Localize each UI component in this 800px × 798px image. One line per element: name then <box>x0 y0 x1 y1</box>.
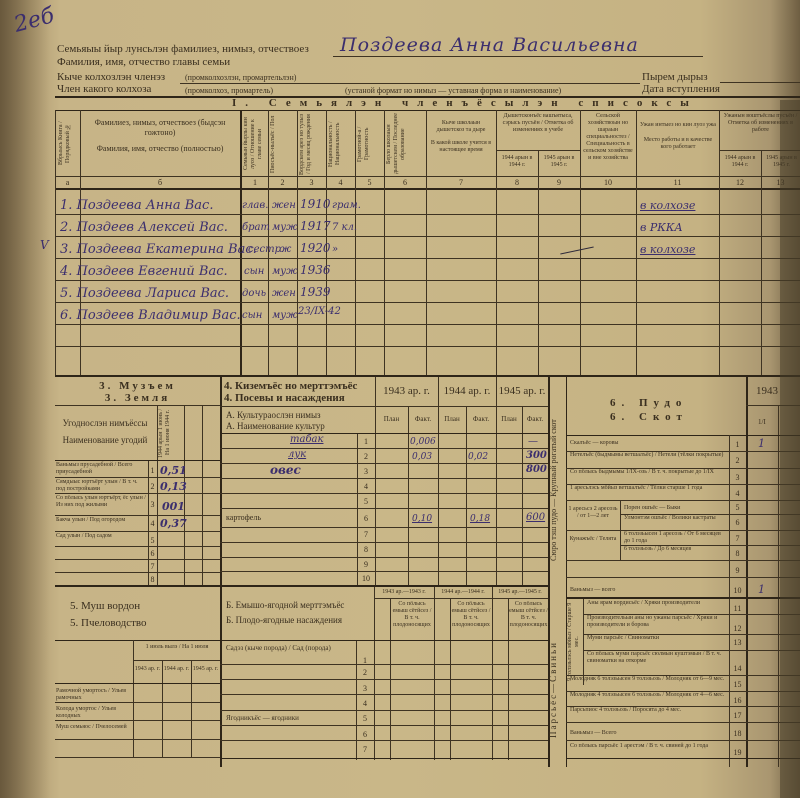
member-relation: брат <box>242 222 270 233</box>
row-index: 5. <box>60 286 72 301</box>
col-num: 11 <box>636 178 719 187</box>
orchard-row-label: Ягодникъёс — ягодники <box>226 714 356 722</box>
grid-h <box>220 557 548 558</box>
grid-h <box>220 406 548 407</box>
livestock-row-label: Скалъёс — коровы <box>570 440 728 447</box>
col-num: 10 <box>580 178 636 187</box>
grid-h <box>55 640 220 641</box>
col-num: 6 <box>384 178 426 187</box>
orchard-year-1943: 1943 ар.—1943 г. <box>374 589 434 596</box>
member-name: Поздеев Алексей Вас. <box>77 220 228 235</box>
livestock-row-label: Ваньмыз — Всего <box>570 730 728 737</box>
grid-h <box>55 460 220 461</box>
grid-h <box>220 508 548 509</box>
grid-v <box>162 660 163 758</box>
row-index: 3. <box>60 242 72 257</box>
grid-h <box>220 433 548 434</box>
member-relation: сын <box>242 310 262 321</box>
land-row-num: 8 <box>148 575 157 584</box>
grid-h <box>55 515 220 516</box>
col-num: 5 <box>355 178 384 187</box>
section5-title-ru: 5. Пчеловодство <box>70 615 147 632</box>
bees-col-header: 1 июль вылэ / На 1 июля <box>134 644 220 651</box>
section3-col-ru: Наименование угодий <box>55 435 155 446</box>
livestock-row-label: Молодняк 4 толэзьысен 6 толэзьозь / Моло… <box>570 692 728 699</box>
grid-h <box>220 478 548 479</box>
member-relation: глав. <box>242 200 268 211</box>
member-birth-year: 1920 <box>300 241 331 255</box>
bees-year-1945: 1945 ар. г. <box>191 666 220 673</box>
grid-v <box>55 110 56 375</box>
section6-title-ru: 6. Скот <box>610 410 688 424</box>
grid-h <box>220 542 548 543</box>
crop-row-num: 9 <box>357 560 375 569</box>
grid-h <box>220 758 548 759</box>
member-name: Поздеев Евгений Вас. <box>77 264 228 279</box>
member-relation: дочь <box>242 288 266 299</box>
col-12-header: 1944 арын в 1944 г. <box>721 155 759 169</box>
grid-h <box>220 585 548 587</box>
crop-fact-1945: 300 <box>526 450 547 461</box>
year-1945: 1945 ар. г. <box>496 385 548 397</box>
head-label-ru: Фамилия, имя, отчество главы семьи <box>57 57 230 68</box>
grid-h <box>566 597 800 599</box>
col-num: 3 <box>297 178 326 187</box>
form-note: (устаной формат но нимыз — уставная форм… <box>345 87 561 95</box>
grid-h <box>55 683 220 684</box>
page-shadow <box>0 0 50 798</box>
fact-header: Факт. <box>522 415 548 423</box>
member-name: Поздеева Лариса Вас. <box>77 286 230 301</box>
grid-h <box>55 531 220 532</box>
member-literacy: грам. <box>332 200 361 211</box>
col-10-header: Сельской хозяйствоын но шараын специальн… <box>582 113 634 162</box>
livestock-row-num: 10 <box>729 586 746 595</box>
grid-h <box>220 694 548 695</box>
grid-v <box>426 110 427 375</box>
grid-h <box>55 214 800 215</box>
bees-row-label: Рамочной умортосъ / Ульев рамочных <box>56 688 132 702</box>
livestock-row-num: 12 <box>729 624 746 633</box>
head-label-komi: Семьяыы йыр лунсьлэн фамилиез, нимыз, от… <box>57 44 309 55</box>
section3-title-ru: 3. Земля <box>55 392 220 404</box>
col-3-header: Вордскем арез но тулыз / Год и месяц рож… <box>299 113 325 175</box>
grid-v <box>636 110 637 375</box>
livestock-row-label: Со пӧлысь парсьёс 1 арестэм / В т. ч. св… <box>570 743 728 750</box>
crop-fact-1945: 800 <box>526 464 547 475</box>
livestock-row-label: Порен ошъёс — Быки <box>624 505 728 512</box>
livestock-row-label: Аны ярам вордисьёс / Хряки производители <box>587 600 727 607</box>
crop-fact-1944: 0,18 <box>470 514 490 524</box>
col-4-header: Национальность / Национальность <box>328 113 354 175</box>
section6-title-komi: 6. Пудо <box>610 396 688 410</box>
fact-header: Факт. <box>408 415 438 423</box>
livestock-value: 1 <box>758 583 765 596</box>
livestock-group-label: 1 аресьсэ 2 аресозь / от 1—2 лет <box>567 506 619 520</box>
livestock-row-num: 9 <box>729 566 746 575</box>
member-sex: муж <box>272 266 297 277</box>
grid-h <box>220 448 548 449</box>
member-literacy: 7 кл. <box>332 222 357 233</box>
grid-h <box>566 500 800 501</box>
crop-row-num: 5 <box>357 497 375 506</box>
land-row-num: 6 <box>148 549 157 558</box>
grid-h <box>55 258 800 259</box>
grid-h <box>220 740 548 741</box>
livestock-year-1943: 1943 <box>756 385 778 397</box>
bees-year-1944: 1944 ар. г. <box>162 666 191 673</box>
crop-row-num: 2 <box>357 452 375 461</box>
livestock-row-num: 11 <box>729 604 746 613</box>
member-workplace: в колхозе <box>640 243 695 256</box>
grid-h <box>496 150 580 151</box>
col-num: 8 <box>496 178 538 187</box>
orchard-subcol: Со пӧлысь емыш сётйсез / В т. ч. плодоно… <box>451 601 491 629</box>
livestock-row-num: 7 <box>729 534 746 543</box>
livestock-row-num: 1 <box>729 440 746 449</box>
grid-v <box>492 587 493 760</box>
grid-v <box>583 599 584 685</box>
kolkhoz-note-ru: (промколхоз, промартель) <box>185 87 273 95</box>
crop-row-num: 1 <box>357 437 375 446</box>
member-workplace: в колхозе <box>640 199 695 212</box>
orchard-subcol: Со пӧлысь емыш сётйсез / В т. ч. плодоно… <box>391 601 433 629</box>
col-b-header-komi: Фамилиез, нимыз, отчествоез (быдсэн гожт… <box>82 118 238 138</box>
livestock-date-col: 1/I <box>758 418 766 426</box>
grid-h <box>55 324 800 325</box>
grid-h <box>55 559 220 560</box>
crop-fact-1945: 600 <box>526 512 545 523</box>
col-1-header: Семьяын йырлы кин луоз / Отношение к гла… <box>243 113 267 175</box>
grid-v <box>191 660 192 758</box>
grid-v <box>778 405 779 767</box>
crop-name: овес <box>270 463 301 477</box>
pigs-side-label: Парсьёс—Свиньи <box>550 620 566 760</box>
land-row-num: 5 <box>148 536 157 545</box>
grid-h <box>566 577 800 578</box>
grid-v <box>438 377 439 587</box>
crop-row-num: 3 <box>357 467 375 476</box>
livestock-value: 1 <box>758 437 765 450</box>
col-5-header: Грамотной-а / Грамотность <box>357 113 383 175</box>
land-row-num: 7 <box>148 562 157 571</box>
livestock-row-num: 4 <box>729 489 746 498</box>
member-sex: жен <box>272 288 296 299</box>
land-row-value: 0,13 <box>160 480 187 493</box>
fact-header: Факт. <box>466 415 496 423</box>
crop-row-num: 4 <box>357 482 375 491</box>
grid-v <box>374 587 375 760</box>
col-2-header: Пиосъёс-нылъёс / Пол <box>270 113 296 175</box>
row-index: 4. <box>60 264 72 279</box>
grid-v <box>202 405 203 585</box>
member-birth-year: 23/IX-42 <box>298 306 341 317</box>
grid-v <box>355 110 356 375</box>
crop-name: картофель <box>226 513 261 522</box>
section3-col-komi: Угоднослэн нимъёссы <box>55 418 155 429</box>
grid-v <box>522 407 523 587</box>
crop-fact-1943: 0,03 <box>412 452 432 462</box>
section5-title-komi: 5. Муш вордон <box>70 598 147 615</box>
col-11-header-ru: Место работы и в качестве кого работает <box>638 137 718 151</box>
member-workplace: в РККА <box>640 221 683 234</box>
grid-h <box>55 739 220 740</box>
livestock-row-label: Молодняк 6 толэзьысен 9 толэзьозь / Моло… <box>570 676 728 683</box>
land-row-value: 0,51 <box>160 464 187 477</box>
crop-row-num: 10 <box>357 574 375 583</box>
livestock-row-label: 6 толэзьозь / До 6 месяцев <box>624 546 728 553</box>
crop-name: лук <box>288 449 306 460</box>
col-11-header-komi: Ужан интыез но кин луоз ужа <box>638 122 718 129</box>
grid-v <box>375 377 376 587</box>
land-row-label: Сад улын / Под садом <box>56 533 148 540</box>
member-relation: сын <box>244 266 264 277</box>
kolkhoz-label-komi: Кыче колхозлэн членэз <box>57 72 165 83</box>
crop-fact-1945: — <box>528 436 538 447</box>
col-num: 12 <box>719 178 761 187</box>
livestock-row-label: Ваньмыз — всего <box>570 587 728 594</box>
section1-bottom <box>55 375 800 377</box>
livestock-row-num: 16 <box>729 696 746 705</box>
livestock-row-label: Производительын аны но ужаны парсьёс / Х… <box>587 615 727 629</box>
livestock-row-label: Парсьпиос 4 толэзьозь / Поросята до 4 ме… <box>570 707 728 714</box>
livestock-row-label: 6 толэзьысен 1 аресозь / От 6 месяцев до… <box>624 531 728 545</box>
grid-h <box>220 493 548 494</box>
livestock-row-num: 6 <box>729 518 746 527</box>
land-row-label: Сямдыыс юртъёрт улын / В т. ч. под постр… <box>56 479 148 493</box>
grid-v <box>580 110 581 375</box>
member-name: Поздеева Анна Вас. <box>77 198 214 213</box>
grid-h <box>566 435 800 436</box>
head-name-underline <box>333 56 703 57</box>
orchard-subcol: Со пӧлысь емыш сётйсез / В т. ч. плодоно… <box>509 601 548 629</box>
member-birth-year: 1910 <box>300 197 331 211</box>
grid-h <box>374 598 548 599</box>
col-8-9-header: Дышетсконъёс вашъятыса, сэрысь пусъён / … <box>498 113 578 134</box>
livestock-row-num: 3 <box>729 473 746 482</box>
livestock-row-num: 8 <box>729 549 746 558</box>
col-num: 1 <box>242 178 268 187</box>
livestock-row-label: 1 аресьлэсь мӧйыз ветшалъёс / Тёлки стар… <box>570 485 728 492</box>
grid-h <box>220 640 548 641</box>
row-index: 1. <box>60 198 72 213</box>
row-index: 2. <box>60 220 72 235</box>
section4-title-ru: 4. Посевы и насаждения <box>224 392 357 404</box>
section4-sub-komi: А. Культураослэн нимыз <box>226 410 325 421</box>
year-1944: 1944 ар. г. <box>438 385 496 397</box>
col-9-header: 1945 арын в 1945 г. <box>540 155 578 169</box>
crop-fact-1943: 0,10 <box>412 514 432 524</box>
bees-row-label: Колода умортос / Ульев колодных <box>56 706 132 720</box>
livestock-row-num: 15 <box>729 680 746 689</box>
land-row-value: 0,37 <box>160 517 187 530</box>
grid-h <box>55 585 220 587</box>
land-row-label: Со пӧлысь улын юртъёрт, ёс улын / Из них… <box>56 495 148 509</box>
plan-header: План <box>438 415 466 423</box>
grid-v <box>496 377 497 587</box>
kolkhoz-label-ru: Член какого колхоза <box>57 84 151 95</box>
member-birth-year: 1917 <box>300 219 331 233</box>
land-row-num: 2 <box>148 482 157 491</box>
grid-h <box>220 710 548 711</box>
cattle-side-label: Сюро тзш пудо — Крупный рогатый скот <box>550 395 566 585</box>
livestock-row-label: Нетелъёс (быдмымы ветшалъёс) / Нетели (т… <box>570 452 728 459</box>
orchard-row-num: 6 <box>356 730 374 739</box>
grid-h <box>55 720 220 721</box>
grid-v <box>297 110 298 375</box>
grid-h <box>220 527 548 528</box>
livestock-row-num: 18 <box>729 729 746 738</box>
crop-name: табак <box>290 434 323 445</box>
livestock-row-num: 2 <box>729 456 746 465</box>
livestock-row-num: 5 <box>729 503 746 512</box>
member-sex: жен <box>272 200 296 211</box>
grid-h <box>55 702 220 703</box>
grid-h <box>220 725 548 726</box>
grid-v <box>268 110 269 375</box>
grid-h <box>220 679 548 680</box>
col-num: б <box>80 178 240 187</box>
section4-title-komi: 4. Киземъёс но мерттэмъёс <box>224 380 357 392</box>
head-name-handwritten: Поздеева Анна Васильевна <box>340 34 639 56</box>
land-row-num: 4 <box>148 519 157 528</box>
grid-h <box>220 571 548 572</box>
grid-h <box>55 280 800 281</box>
livestock-group-label: Кунажъёс / Телята <box>567 536 619 543</box>
grid-h <box>566 740 800 741</box>
crop-fact-1943: 0,006 <box>410 437 436 447</box>
col-num: 9 <box>538 178 580 187</box>
grid-v <box>384 110 385 375</box>
grid-h <box>55 572 220 573</box>
land-row-value: 001 <box>162 500 185 513</box>
orchard-row-num: 5 <box>356 714 374 723</box>
grid-h <box>55 493 220 494</box>
grid-h <box>55 477 220 478</box>
plan-header: План <box>375 415 408 423</box>
kolkhoz-underline <box>180 83 640 84</box>
grid-v <box>434 587 435 760</box>
crop-fact-1944: 0,02 <box>468 452 488 462</box>
year-1943: 1943 ар. г. <box>375 385 438 397</box>
land-row-num: 1 <box>148 466 157 475</box>
col-7-header-ru: В какой школе учится в настоящее время <box>428 140 494 154</box>
grid-h <box>566 758 800 759</box>
entry-date-label-ru: Дата вступления <box>642 84 720 95</box>
crop-row-num: 7 <box>357 530 375 539</box>
section4-sub-ru: А. Наименование культур <box>226 421 325 432</box>
pigs-group-label: 9 толэзьлэсь мӧйыз / Старше 9 мес. <box>567 602 583 682</box>
col-a-header: Вбрыысь Книга / Порядковый № <box>58 113 78 173</box>
orchard-row-num: 2 <box>356 668 374 677</box>
livestock-row-num: 17 <box>729 711 746 720</box>
grid-v <box>220 377 222 767</box>
col-num: 2 <box>268 178 297 187</box>
entry-date-label-komi: Пырем дырыз <box>642 72 708 83</box>
col-6-header: Берло школаын дышетскем / Последнее обра… <box>386 113 424 175</box>
orchard-year-1944: 1944 ар.—1944 г. <box>434 589 492 596</box>
grid-h <box>55 757 220 758</box>
section1-header-bottom <box>55 188 800 190</box>
kolkhoz-note-komi: (промколхозлэн, промартельлэн) <box>185 74 296 82</box>
crop-row-num: 6 <box>357 514 375 523</box>
col-num: 4 <box>326 178 355 187</box>
orchard-row-num: 4 <box>356 699 374 708</box>
orchard-year-1945: 1945 ар.—1945 г. <box>492 589 548 596</box>
member-birth-year: 1936 <box>300 263 331 277</box>
bees-year-1943: 1943 ар. г. <box>133 666 162 673</box>
grid-h <box>55 405 220 406</box>
col-num: а <box>55 178 80 187</box>
grid-h <box>220 664 548 665</box>
grid-h <box>55 546 220 547</box>
grid-v <box>408 407 409 587</box>
section1-header-top <box>55 110 800 111</box>
grid-h <box>133 660 220 661</box>
section1-title: I. Семьялэн членъёсылэн списоксы <box>232 97 698 109</box>
member-birth-year: 1939 <box>300 285 331 299</box>
grid-h <box>55 302 800 303</box>
orchard-row-num: 7 <box>356 745 374 754</box>
grid-v <box>466 407 467 587</box>
bees-row-label: Муш семьяос / Пчелосемей <box>56 724 132 731</box>
livestock-row-label: Муми парсьёс / Свиноматки <box>587 635 727 642</box>
grid-h <box>55 346 800 347</box>
row-index: 6. <box>60 308 72 323</box>
member-relation: сестр. <box>248 244 284 255</box>
section3-year-col: 1944 арын 1 июнь / На 1 июня 1944 г. <box>158 408 178 458</box>
col-8-header: 1944 арын в 1944 г. <box>498 155 536 169</box>
margin-check-mark: V <box>40 238 49 252</box>
crop-row-num: 8 <box>357 545 375 554</box>
section4b-title-komi: Б. Емышо-ягодной мерттэмъёс <box>226 598 344 613</box>
grid-h <box>566 560 800 561</box>
livestock-row-num: 13 <box>729 638 746 647</box>
grid-v <box>157 405 158 585</box>
livestock-row-label: Со пӧлысь муми парсьёс сюлмын куштэмын /… <box>587 651 727 665</box>
section4b-title-ru: Б. Плодо-ягодные насаждения <box>226 613 344 628</box>
plan-header: План <box>496 415 522 423</box>
grid-h <box>566 722 800 723</box>
member-sex: муж <box>272 310 297 321</box>
land-row-label: Ваньмыз прусадебной / Всего приусадебной <box>56 462 148 476</box>
livestock-row-num: 14 <box>729 664 746 673</box>
col-b-header-ru: Фамилия, имя, отчество (полностью) <box>82 144 238 154</box>
livestock-row-num: 19 <box>729 748 746 757</box>
section1-header-num-rule <box>55 176 800 177</box>
section3-title-komi: 3. Музъем <box>55 380 220 392</box>
orchard-row-label: Садэз (кыче порода) / Сад (порода) <box>226 644 356 652</box>
member-name: Поздеев Владимир Вас. <box>77 308 241 323</box>
member-sex: муж <box>272 222 297 233</box>
livestock-row-label: Улмонтэм ошъёс / Волики кастраты <box>624 515 728 522</box>
livestock-row-label: Со пӧлысь быдмымы 1/IX-озь / В т. ч. пок… <box>570 469 728 476</box>
col-7-header-komi: Кыче школаын дышетскоз та дыре <box>428 120 494 134</box>
orchard-row-num: 3 <box>356 684 374 693</box>
entry-date-field <box>720 82 800 83</box>
page-edge-shadow <box>780 100 800 798</box>
member-name: Поздеева Екатерина Вас. <box>77 242 257 257</box>
land-row-num: 3 <box>148 500 157 509</box>
member-literacy: » <box>332 244 338 255</box>
grid-v <box>133 640 134 758</box>
grid-v <box>184 405 185 585</box>
grid-h <box>55 236 800 237</box>
col-num: 7 <box>426 178 496 187</box>
land-row-label: Бакча улын / Под огородом <box>56 517 148 524</box>
member-sex: ж <box>280 244 291 255</box>
